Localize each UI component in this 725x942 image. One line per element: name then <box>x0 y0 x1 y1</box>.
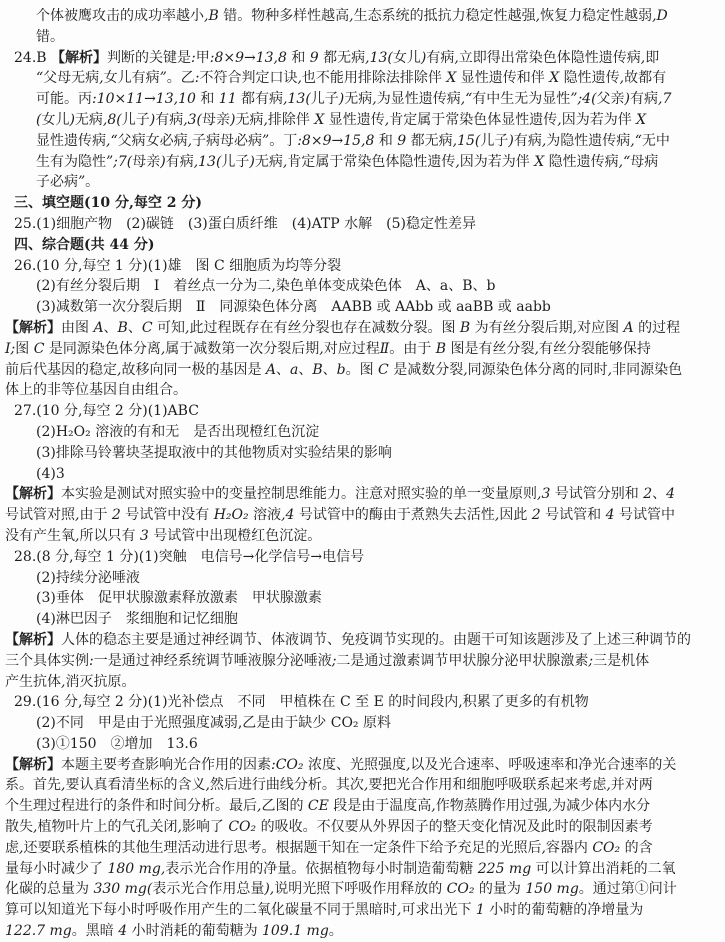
text-line: 24.B 【解析】判断的关键是:甲:8×9→13,8 和 9 都无病,13(女儿… <box>0 48 725 69</box>
text-segment: 27.(10 分,每空 2 分)(1)ABC <box>14 403 199 419</box>
text-segment: 前后代基因的稳定,故移向同一极的基因是 A、a、B、b。图 C 是减数分裂,同源… <box>5 362 682 378</box>
text-segment: (4)3 <box>36 466 65 482</box>
text-segment: 29.(16 分,每空 2 分)(1)光补偿点 不同 甲植株在 C 至 E 的时… <box>14 694 589 710</box>
text-line: 【解析】本实验是测试对照实验中的变量控制思维能力。注意对照实验的单一变量原则,3… <box>0 484 725 505</box>
text-segment: 体上的非等位基因自由组合。 <box>5 382 187 398</box>
text-segment: (女儿)无病,8(儿子)有病,3(母亲)无病,排除伴 X 显性遗传,肯定属于常染… <box>36 112 646 128</box>
text-segment: 号试管对照,由于 2 号试管中没有 H₂O₂ 溶液,4 号试管中的酶由于煮熟失去… <box>5 507 675 523</box>
text-segment: 个生理过程进行的条件和时间分析。最后,乙图的 CE 段是由于温度高,作物蒸腾作用… <box>5 798 650 814</box>
text-line: (2)H₂O₂ 溶液的有和无 是否出现橙红色沉淀 <box>0 422 725 443</box>
text-line: 29.(16 分,每空 2 分)(1)光补偿点 不同 甲植株在 C 至 E 的时… <box>0 692 725 713</box>
text-line: 三、填空题(10 分,每空 2 分) <box>0 193 725 214</box>
text-segment: 散失,植物叶片上的气孔关闭,影响了 CO₂ 的吸收。不仅要从外界因子的整天变化情… <box>5 819 653 835</box>
text-line: 四、综合题(共 44 分) <box>0 235 725 256</box>
text-line: 号试管对照,由于 2 号试管中没有 H₂O₂ 溶液,4 号试管中的酶由于煮熟失去… <box>0 505 725 526</box>
text-segment: 三个具体实例:一是通过神经系统调节唾液腺分泌唾液;二是通过激素调节甲状腺分泌甲状… <box>5 653 649 669</box>
answer-sheet-page: 个体被鹰攻击的成功率越小,B 错。物种多样性越高,生态系统的抵抗力稳定性越强,恢… <box>0 0 725 942</box>
text-line: 26.(10 分,每空 1 分)(1)雄 图 C 细胞质为均等分裂 <box>0 256 725 277</box>
text-line: 子必病”。 <box>0 172 725 193</box>
text-segment: 系。首先,要认真看清坐标的含义,然后进行曲线分析。其次,要把光合作用和细胞呼吸联… <box>5 777 653 793</box>
text-line: 27.(10 分,每空 2 分)(1)ABC <box>0 401 725 422</box>
text-line: (2)有丝分裂后期 Ⅰ 着丝点一分为二,染色单体变成染色体 A、a、B、b <box>0 276 725 297</box>
text-segment: 显性遗传病,“父病女必病,子病母必病”。丁:8×9→15,8 和 9 都无病,1… <box>36 133 670 149</box>
analysis-label: 【解析】 <box>5 486 61 502</box>
text-line: 个生理过程进行的条件和时间分析。最后,乙图的 CE 段是由于温度高,作物蒸腾作用… <box>0 796 725 817</box>
text-segment: (2)持续分泌唾液 <box>36 570 140 586</box>
text-segment: 122.7 mg。黑暗 4 小时消耗的葡萄糖为 109.1 mg。 <box>5 923 343 939</box>
text-line: 【解析】人体的稳态主要是通过神经调节、体液调节、免疫调节实现的。由题干可知该题涉… <box>0 630 725 651</box>
text-line: 122.7 mg。黑暗 4 小时消耗的葡萄糖为 109.1 mg。 <box>0 921 725 942</box>
text-segment: (2)有丝分裂后期 Ⅰ 着丝点一分为二,染色单体变成染色体 A、a、B、b <box>36 278 496 294</box>
analysis-label: 【解析】 <box>51 50 107 66</box>
text-segment: (3)排除马铃薯块茎提取液中的其他物质对实验结果的影响 <box>36 445 392 461</box>
text-line: 散失,植物叶片上的气孔关闭,影响了 CO₂ 的吸收。不仅要从外界因子的整天变化情… <box>0 817 725 838</box>
text-line: (3)排除马铃薯块茎提取液中的其他物质对实验结果的影响 <box>0 443 725 464</box>
text-line: (3)①150 ②增加 13.6 <box>0 734 725 755</box>
text-line: 化碳的总量为 330 mg(表示光合作用总量),说明光照下呼吸作用释放的 CO₂… <box>0 879 725 900</box>
text-line: “父母无病,女儿有病”。乙:不符合判定口诀,也不能用排除法排除伴 X 显性遗传和… <box>0 68 725 89</box>
text-line: 虑,还要联系植株的其他生理活动进行思考。根据题干知在一定条件下给予充足的光照后,… <box>0 838 725 859</box>
text-line: 个体被鹰攻击的成功率越小,B 错。物种多样性越高,生态系统的抵抗力稳定性越强,恢… <box>0 6 725 27</box>
text-segment: Ⅰ;图 C 是同源染色体分离,属于减数第一次分裂后期,对应过程Ⅱ。由于 B 图是… <box>5 341 651 357</box>
text-segment: 本实验是测试对照实验中的变量控制思维能力。注意对照实验的单一变量原则,3 号试管… <box>61 486 675 502</box>
text-segment: 人体的稳态主要是通过神经调节、体液调节、免疫调节实现的。由题干可知该题涉及了上述… <box>61 632 691 648</box>
text-line: (4)3 <box>0 464 725 485</box>
text-segment: (3)垂体 促甲状腺激素释放激素 甲状腺激素 <box>36 590 322 606</box>
text-segment: 化碳的总量为 330 mg(表示光合作用总量),说明光照下呼吸作用释放的 CO₂… <box>5 881 677 897</box>
text-segment: 虑,还要联系植株的其他生理活动进行思考。根据题干知在一定条件下给予充足的光照后,… <box>5 840 653 856</box>
text-segment: 判断的关键是:甲:8×9→13,8 和 9 都无病,13(女儿)有病,立即得出常… <box>107 50 659 66</box>
text-segment: 本题主要考查影响光合作用的因素:CO₂ 浓度、光照强度,以及光合速率、呼吸速率和… <box>61 757 676 773</box>
text-segment: “父母无病,女儿有病”。乙:不符合判定口诀,也不能用排除法排除伴 X 显性遗传和… <box>36 70 666 86</box>
text-line: 25.(1)细胞产物 (2)碳链 (3)蛋白质纤维 (4)ATP 水解 (5)稳… <box>0 214 725 235</box>
text-segment: 个体被鹰攻击的成功率越小,B 错。物种多样性越高,生态系统的抵抗力稳定性越强,恢… <box>36 8 668 24</box>
text-segment: 可能。丙:10×11→13,10 和 11 都有病,13(儿子)无病,为显性遗传… <box>36 91 671 107</box>
text-line: 错。 <box>0 27 725 48</box>
text-segment: (2)H₂O₂ 溶液的有和无 是否出现橙红色沉淀 <box>36 424 319 440</box>
text-line: Ⅰ;图 C 是同源染色体分离,属于减数第一次分裂后期,对应过程Ⅱ。由于 B 图是… <box>0 339 725 360</box>
text-segment: (3)减数第一次分裂后期 Ⅱ 同源染色体分离 AABB 或 AAbb 或 aaB… <box>36 299 551 315</box>
text-segment: (4)淋巴因子 浆细胞和记忆细胞 <box>36 611 238 627</box>
text-line: (2)持续分泌唾液 <box>0 568 725 589</box>
text-line: 【解析】本题主要考查影响光合作用的因素:CO₂ 浓度、光照强度,以及光合速率、呼… <box>0 755 725 776</box>
analysis-label: 【解析】 <box>5 632 61 648</box>
text-line: 算可以知道光下每小时呼吸作用产生的二氧化碳量不同于黑暗时,可求出光下 1 小时的… <box>0 900 725 921</box>
section-heading: 三、填空题(10 分,每空 2 分) <box>14 195 202 211</box>
text-line: (女儿)无病,8(儿子)有病,3(母亲)无病,排除伴 X 显性遗传,肯定属于常染… <box>0 110 725 131</box>
text-segment: 子必病”。 <box>36 174 99 190</box>
text-segment: 错。 <box>36 29 64 45</box>
text-segment: 25.(1)细胞产物 (2)碳链 (3)蛋白质纤维 (4)ATP 水解 (5)稳… <box>14 216 476 232</box>
text-segment: 26.(10 分,每空 1 分)(1)雄 图 C 细胞质为均等分裂 <box>14 258 341 274</box>
text-line: 体上的非等位基因自由组合。 <box>0 380 725 401</box>
text-segment: 算可以知道光下每小时呼吸作用产生的二氧化碳量不同于黑暗时,可求出光下 1 小时的… <box>5 902 643 918</box>
text-segment: 28.(8 分,每空 1 分)(1)突触 电信号→化学信号→电信号 <box>14 549 364 565</box>
text-line: 显性遗传病,“父病女必病,子病母必病”。丁:8×9→15,8 和 9 都无病,1… <box>0 131 725 152</box>
text-line: 三个具体实例:一是通过神经系统调节唾液腺分泌唾液;二是通过激素调节甲状腺分泌甲状… <box>0 651 725 672</box>
text-line: 产生抗体,消灭抗原。 <box>0 672 725 693</box>
text-segment: (3)①150 ②增加 13.6 <box>36 736 198 752</box>
text-line: 28.(8 分,每空 1 分)(1)突触 电信号→化学信号→电信号 <box>0 547 725 568</box>
text-line: (3)减数第一次分裂后期 Ⅱ 同源染色体分离 AABB 或 AAbb 或 aaB… <box>0 297 725 318</box>
section-heading: 四、综合题(共 44 分) <box>14 237 154 253</box>
analysis-label: 【解析】 <box>5 757 61 773</box>
text-line: (2)不同 甲是由于光照强度减弱,乙是由于缺少 CO₂ 原料 <box>0 713 725 734</box>
text-line: 前后代基因的稳定,故移向同一极的基因是 A、a、B、b。图 C 是减数分裂,同源… <box>0 360 725 381</box>
text-segment: (2)不同 甲是由于光照强度减弱,乙是由于缺少 CO₂ 原料 <box>36 715 391 731</box>
text-segment: 由图 A、B、C 可知,此过程既存在有丝分裂也存在减数分裂。图 B 为有丝分裂后… <box>61 320 680 336</box>
text-line: 系。首先,要认真看清坐标的含义,然后进行曲线分析。其次,要把光合作用和细胞呼吸联… <box>0 775 725 796</box>
text-segment: 没有产生氧,所以只有 3 号试管中出现橙红色沉淀。 <box>5 528 321 544</box>
text-line: 量每小时减少了 180 mg,表示光合作用的净量。依据植物每小时制造葡萄糖 22… <box>0 859 725 880</box>
text-segment: 生有为隐性”;7(母亲)有病,13(儿子)无病,肯定属于常染色体隐性遗传,因为若… <box>36 154 658 170</box>
text-segment: 产生抗体,消灭抗原。 <box>5 674 135 690</box>
answer-sheet: 个体被鹰攻击的成功率越小,B 错。物种多样性越高,生态系统的抵抗力稳定性越强,恢… <box>0 6 725 942</box>
text-line: 生有为隐性”;7(母亲)有病,13(儿子)无病,肯定属于常染色体隐性遗传,因为若… <box>0 152 725 173</box>
text-line: 没有产生氧,所以只有 3 号试管中出现橙红色沉淀。 <box>0 526 725 547</box>
text-line: (4)淋巴因子 浆细胞和记忆细胞 <box>0 609 725 630</box>
text-line: (3)垂体 促甲状腺激素释放激素 甲状腺激素 <box>0 588 725 609</box>
text-segment: 24.B <box>14 50 51 66</box>
text-line: 【解析】由图 A、B、C 可知,此过程既存在有丝分裂也存在减数分裂。图 B 为有… <box>0 318 725 339</box>
text-line: 可能。丙:10×11→13,10 和 11 都有病,13(儿子)无病,为显性遗传… <box>0 89 725 110</box>
analysis-label: 【解析】 <box>5 320 61 336</box>
text-segment: 量每小时减少了 180 mg,表示光合作用的净量。依据植物每小时制造葡萄糖 22… <box>5 861 676 877</box>
